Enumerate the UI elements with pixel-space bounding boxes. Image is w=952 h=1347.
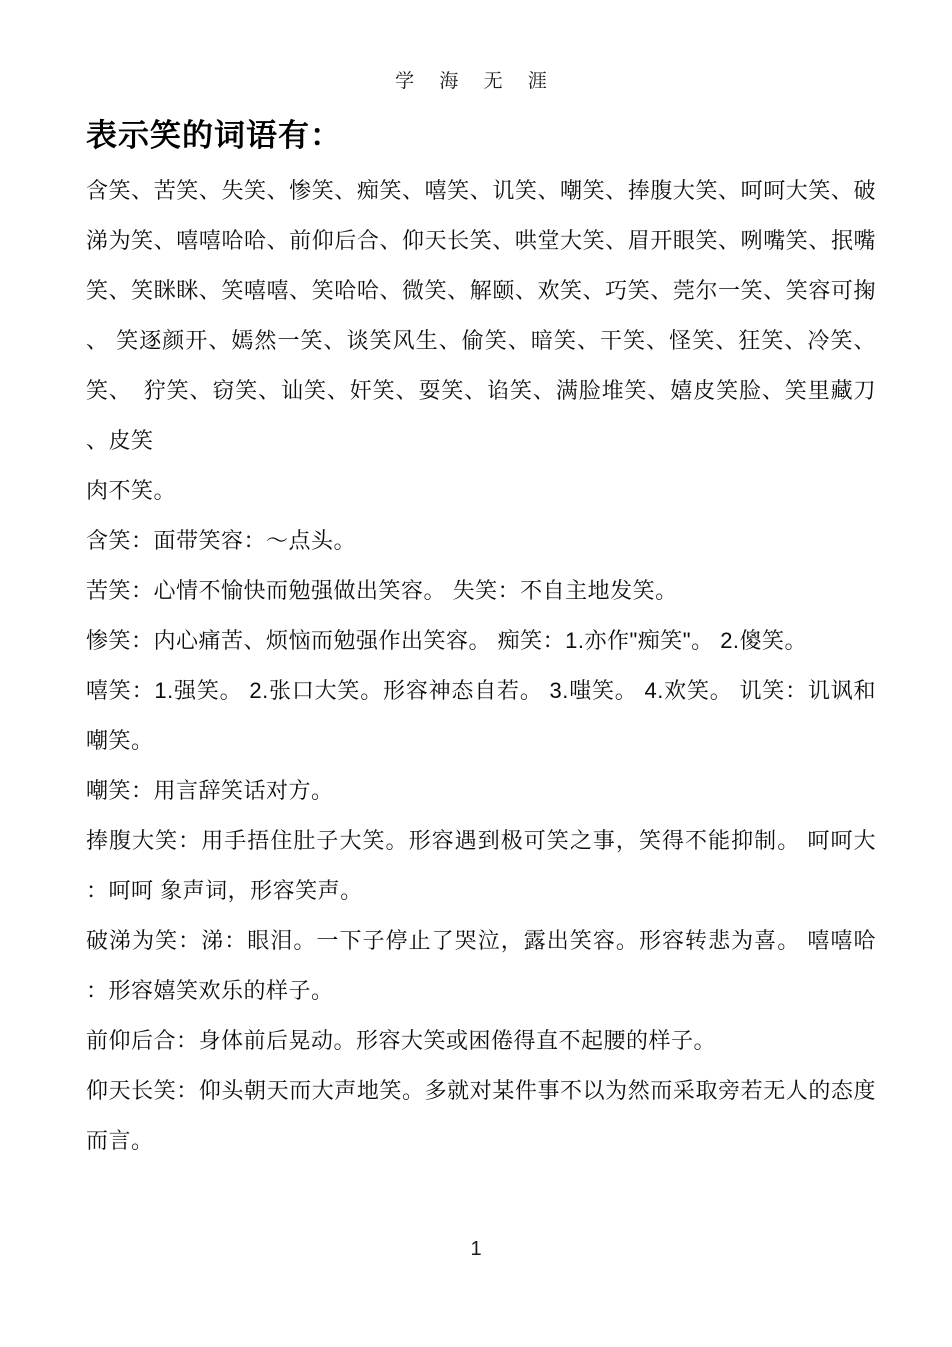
text-line: 破涕为笑：涕：眼泪。一下子停止了哭泣，露出笑容。形容转悲为喜。 嘻嘻哈哈: [86, 916, 876, 966]
text-line: 涕为笑、嘻嘻哈哈、前仰后合、仰天长笑、哄堂大笑、眉开眼笑、咧嘴笑、抿嘴: [86, 216, 876, 266]
definition-paragraph: 嘻笑：1.强笑。 2.张口大笑。形容神态自若。 3.嗤笑。 4.欢笑。 讥笑：讥…: [86, 666, 876, 766]
text-line: 、皮笑: [86, 416, 876, 466]
definition-paragraph: 捧腹大笑：用手捂住肚子大笑。形容遇到极可笑之事，笑得不能抑制。 呵呵大笑 ：呵呵…: [86, 816, 876, 916]
page-title: 表示笑的词语有：: [86, 110, 342, 155]
definition-paragraph: 惨笑：内心痛苦、烦恼而勉强作出笑容。 痴笑：1.亦作"痴笑"。 2.傻笑。: [86, 616, 876, 666]
page-number: 1: [0, 1238, 952, 1261]
text-line: 含笑、苦笑、失笑、惨笑、痴笑、嘻笑、讥笑、嘲笑、捧腹大笑、呵呵大笑、破: [86, 166, 876, 216]
text-line: 嘲笑。: [86, 716, 876, 766]
text-line: 苦笑：心情不愉快而勉强做出笑容。 失笑：不自主地发笑。: [86, 566, 876, 616]
definition-paragraph: 前仰后合：身体前后晃动。形容大笑或困倦得直不起腰的样子。: [86, 1016, 876, 1066]
text-line: ：形容嬉笑欢乐的样子。: [86, 966, 876, 1016]
text-line: 笑、笑眯眯、笑嘻嘻、笑哈哈、微笑、解颐、欢笑、巧笑、莞尔一笑、笑容可掬: [86, 266, 876, 316]
text-line: 笑、 狞笑、窃笑、讪笑、奸笑、耍笑、谄笑、满脸堆笑、嬉皮笑脸、笑里藏刀: [86, 366, 876, 416]
word-list-paragraph: 含笑、苦笑、失笑、惨笑、痴笑、嘻笑、讥笑、嘲笑、捧腹大笑、呵呵大笑、破 涕为笑、…: [86, 166, 876, 466]
definition-paragraph: 仰天长笑：仰头朝天而大声地笑。多就对某件事不以为然而采取旁若无人的态度 而言。: [86, 1066, 876, 1166]
text-line: 嘻笑：1.强笑。 2.张口大笑。形容神态自若。 3.嗤笑。 4.欢笑。 讥笑：讥…: [86, 666, 876, 716]
page-header: 学 海 无 涯: [0, 66, 952, 93]
text-line: 仰天长笑：仰头朝天而大声地笑。多就对某件事不以为然而采取旁若无人的态度: [86, 1066, 876, 1116]
text-line: 肉不笑。: [86, 466, 876, 516]
definition-paragraph: 嘲笑：用言辞笑话对方。: [86, 766, 876, 816]
text-line: 含笑：面带笑容：～点头。: [86, 516, 876, 566]
definition-paragraph: 肉不笑。: [86, 466, 876, 516]
text-line: 前仰后合：身体前后晃动。形容大笑或困倦得直不起腰的样子。: [86, 1016, 876, 1066]
definition-paragraph: 苦笑：心情不愉快而勉强做出笑容。 失笑：不自主地发笑。: [86, 566, 876, 616]
text-line: ：呵呵 象声词，形容笑声。: [86, 866, 876, 916]
text-line: 、 笑逐颜开、嫣然一笑、谈笑风生、偷笑、暗笑、干笑、怪笑、狂笑、冷笑、媚: [86, 316, 876, 366]
text-line: 惨笑：内心痛苦、烦恼而勉强作出笑容。 痴笑：1.亦作"痴笑"。 2.傻笑。: [86, 616, 876, 666]
definition-paragraph: 含笑：面带笑容：～点头。: [86, 516, 876, 566]
text-line: 嘲笑：用言辞笑话对方。: [86, 766, 876, 816]
document-page: 学 海 无 涯 表示笑的词语有： 含笑、苦笑、失笑、惨笑、痴笑、嘻笑、讥笑、嘲笑…: [0, 0, 952, 1347]
definition-paragraph: 破涕为笑：涕：眼泪。一下子停止了哭泣，露出笑容。形容转悲为喜。 嘻嘻哈哈 ：形容…: [86, 916, 876, 1016]
text-line: 而言。: [86, 1116, 876, 1166]
document-body: 含笑、苦笑、失笑、惨笑、痴笑、嘻笑、讥笑、嘲笑、捧腹大笑、呵呵大笑、破 涕为笑、…: [86, 166, 876, 1166]
text-line: 捧腹大笑：用手捂住肚子大笑。形容遇到极可笑之事，笑得不能抑制。 呵呵大笑: [86, 816, 876, 866]
